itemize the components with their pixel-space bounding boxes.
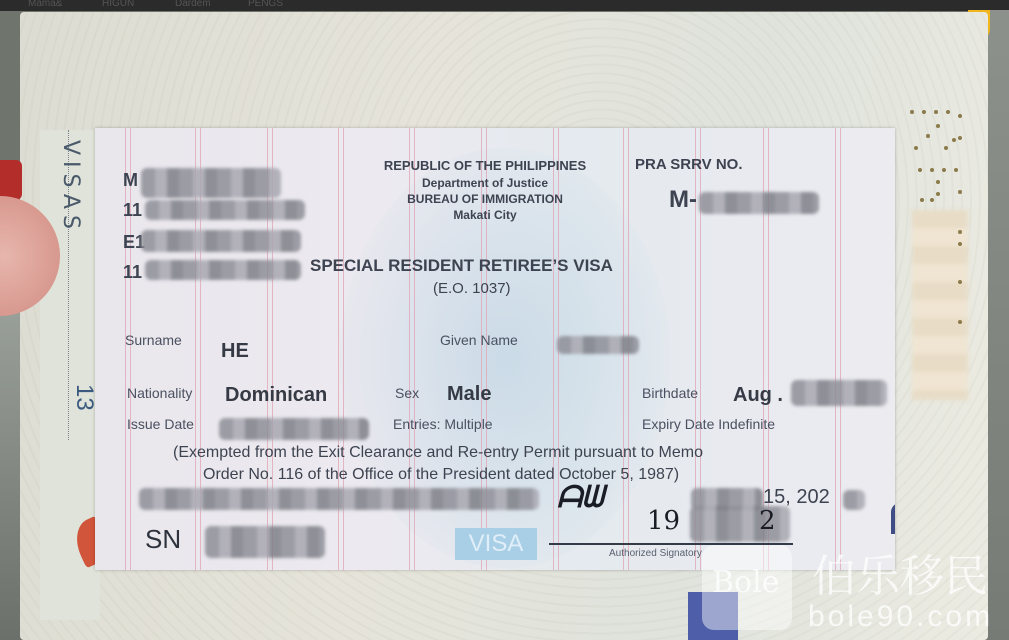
visa-sticker: REPUBLIC OF THE PHILIPPINES Department o… xyxy=(95,128,895,570)
birthdate-value: Aug . xyxy=(733,384,783,407)
red-cover-corner xyxy=(0,160,22,200)
background xyxy=(985,10,1009,640)
watermark-site: bole90.com xyxy=(808,600,993,634)
top-bar-item: Mama& xyxy=(28,0,62,9)
visa-badge: VISA xyxy=(455,528,537,560)
header-country: REPUBLIC OF THE PHILIPPINES xyxy=(335,158,635,173)
sex-label: Sex xyxy=(395,385,419,401)
watermark-logo-text: Bole xyxy=(712,565,779,600)
given-name-label: Given Name xyxy=(440,332,518,348)
redacted-given-name xyxy=(557,336,639,354)
redacted-code xyxy=(145,260,301,280)
redacted-issue-date xyxy=(219,418,369,440)
pra-srrv-label: PRA SRRV NO. xyxy=(635,156,743,173)
top-bar-item: Dardem xyxy=(175,0,211,9)
birthdate-label: Birthdate xyxy=(642,385,698,401)
redacted-pra-number xyxy=(699,192,819,214)
expiry-date: Expiry Date Indefinite xyxy=(642,416,775,432)
code-line-4: 11 xyxy=(123,262,142,283)
surname-value: HE xyxy=(221,340,249,363)
redacted-code xyxy=(141,168,281,198)
pra-number-prefix: M- xyxy=(669,186,697,214)
header-bureau: BUREAU OF IMMIGRATION xyxy=(335,192,635,206)
serial-label: SN xyxy=(145,524,181,555)
nationality-value: Dominican xyxy=(225,384,327,407)
issue-date-label: Issue Date xyxy=(127,416,194,432)
top-bar-item: PENGS xyxy=(248,0,283,9)
redacted-code xyxy=(145,200,305,220)
exemption-line-2: Order No. 116 of the Office of the Presi… xyxy=(203,466,679,484)
redacted-serial xyxy=(205,526,325,558)
handwritten-date-start: 19 xyxy=(647,506,680,536)
header-city: Makati City xyxy=(335,208,635,222)
authorized-signatory-label: Authorized Signatory xyxy=(609,548,702,559)
perforated-number xyxy=(900,100,970,400)
header-department: Department of Justice xyxy=(335,176,635,190)
page-number: 13 xyxy=(70,384,98,411)
signature: ᗩᗯ xyxy=(557,480,604,515)
watermark-chinese: 伯乐移民 xyxy=(812,540,988,604)
surname-label: Surname xyxy=(125,332,182,348)
visa-title: SPECIAL RESIDENT RETIREE’S VISA xyxy=(310,256,613,276)
top-bar: Mama& HIGUN Dardem PENGS xyxy=(0,0,1009,11)
top-bar-item: HIGUN xyxy=(102,0,134,9)
code-line-1: M xyxy=(123,170,138,191)
entries: Entries: Multiple xyxy=(393,416,493,432)
redacted-line xyxy=(139,488,539,510)
bureau-logo-icon xyxy=(890,488,895,538)
visas-label: VISAS xyxy=(58,140,83,235)
sex-value: Male xyxy=(447,383,491,406)
nationality-label: Nationality xyxy=(127,385,192,401)
visa-subtitle: (E.O. 1037) xyxy=(433,280,511,297)
redacted-code xyxy=(141,230,301,252)
code-line-2: 11 xyxy=(123,200,142,221)
exemption-line-1: (Exempted from the Exit Clearance and Re… xyxy=(173,444,703,462)
handwritten-date-end: 2 xyxy=(759,506,776,536)
redacted-year xyxy=(843,490,865,510)
redacted-birthdate xyxy=(791,380,887,406)
